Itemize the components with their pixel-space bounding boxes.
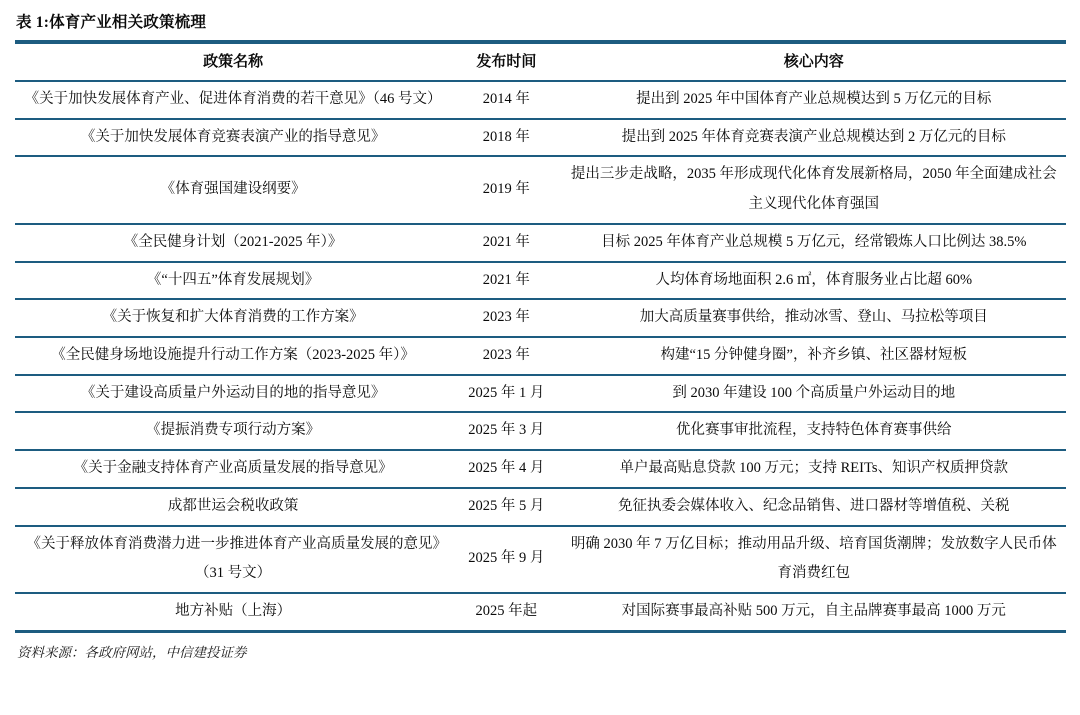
publish-date-cell: 2025 年 9 月 bbox=[451, 526, 561, 593]
table-row: 《关于释放体育消费潜力进一步推进体育产业高质量发展的意见》（31 号文）2025… bbox=[15, 526, 1066, 593]
policy-name-cell: 《全民健身场地设施提升行动工作方案（2023-2025 年）》 bbox=[15, 337, 451, 375]
table-body: 《关于加快发展体育产业、促进体育消费的若干意见》（46 号文）2014 年提出到… bbox=[15, 81, 1066, 631]
publish-date-cell: 2025 年 3 月 bbox=[451, 412, 561, 450]
policy-name-cell: 《关于恢复和扩大体育消费的工作方案》 bbox=[15, 299, 451, 337]
table-row: 《关于恢复和扩大体育消费的工作方案》2023 年加大高质量赛事供给，推动冰雪、登… bbox=[15, 299, 1066, 337]
publish-date-cell: 2021 年 bbox=[451, 262, 561, 300]
publish-date-cell: 2021 年 bbox=[451, 224, 561, 262]
publish-date-cell: 2014 年 bbox=[451, 81, 561, 119]
header-row: 政策名称 发布时间 核心内容 bbox=[15, 42, 1066, 81]
publish-date-cell: 2018 年 bbox=[451, 119, 561, 157]
col-header-publish-date: 发布时间 bbox=[451, 42, 561, 81]
table-row: 《关于加快发展体育竞赛表演产业的指导意见》2018 年提出到 2025 年体育竞… bbox=[15, 119, 1066, 157]
core-content-cell: 提出到 2025 年中国体育产业总规模达到 5 万亿元的目标 bbox=[562, 81, 1067, 119]
publish-date-cell: 2025 年 1 月 bbox=[451, 375, 561, 413]
core-content-cell: 免征执委会媒体收入、纪念品销售、进口器材等增值税、关税 bbox=[562, 488, 1067, 526]
core-content-cell: 加大高质量赛事供给，推动冰雪、登山、马拉松等项目 bbox=[562, 299, 1067, 337]
col-header-policy-name: 政策名称 bbox=[15, 42, 451, 81]
table-row: 《关于金融支持体育产业高质量发展的指导意见》2025 年 4 月单户最高贴息贷款… bbox=[15, 450, 1066, 488]
publish-date-cell: 2025 年 5 月 bbox=[451, 488, 561, 526]
table-row: 《全民健身计划（2021-2025 年）》2021 年目标 2025 年体育产业… bbox=[15, 224, 1066, 262]
core-content-cell: 优化赛事审批流程，支持特色体育赛事供给 bbox=[562, 412, 1067, 450]
publish-date-cell: 2023 年 bbox=[451, 299, 561, 337]
policy-name-cell: 《提振消费专项行动方案》 bbox=[15, 412, 451, 450]
table-row: 地方补贴（上海）2025 年起对国际赛事最高补贴 500 万元，自主品牌赛事最高… bbox=[15, 593, 1066, 631]
table-row: 成都世运会税收政策2025 年 5 月免征执委会媒体收入、纪念品销售、进口器材等… bbox=[15, 488, 1066, 526]
policy-table: 政策名称 发布时间 核心内容 《关于加快发展体育产业、促进体育消费的若干意见》（… bbox=[15, 40, 1066, 633]
policy-name-cell: 《关于加快发展体育产业、促进体育消费的若干意见》（46 号文） bbox=[15, 81, 451, 119]
core-content-cell: 提出三步走战略，2035 年形成现代化体育发展新格局，2050 年全面建成社会主… bbox=[562, 156, 1067, 223]
core-content-cell: 对国际赛事最高补贴 500 万元，自主品牌赛事最高 1000 万元 bbox=[562, 593, 1067, 631]
table-title: 表 1:体育产业相关政策梳理 bbox=[15, 8, 1066, 40]
policy-name-cell: 《关于建设高质量户外运动目的地的指导意见》 bbox=[15, 375, 451, 413]
report-page: 表 1:体育产业相关政策梳理 政策名称 发布时间 核心内容 《关于加快发展体育产… bbox=[0, 0, 1080, 715]
policy-name-cell: 《体育强国建设纲要》 bbox=[15, 156, 451, 223]
policy-name-cell: 《全民健身计划（2021-2025 年）》 bbox=[15, 224, 451, 262]
table-row: 《全民健身场地设施提升行动工作方案（2023-2025 年）》2023 年构建“… bbox=[15, 337, 1066, 375]
table-row: 《关于加快发展体育产业、促进体育消费的若干意见》（46 号文）2014 年提出到… bbox=[15, 81, 1066, 119]
table-header: 政策名称 发布时间 核心内容 bbox=[15, 42, 1066, 81]
publish-date-cell: 2023 年 bbox=[451, 337, 561, 375]
core-content-cell: 明确 2030 年 7 万亿目标；推动用品升级、培育国货潮牌；发放数字人民币体育… bbox=[562, 526, 1067, 593]
core-content-cell: 构建“15 分钟健身圈”，补齐乡镇、社区器材短板 bbox=[562, 337, 1067, 375]
policy-name-cell: 《“十四五”体育发展规划》 bbox=[15, 262, 451, 300]
core-content-cell: 到 2030 年建设 100 个高质量户外运动目的地 bbox=[562, 375, 1067, 413]
publish-date-cell: 2025 年起 bbox=[451, 593, 561, 631]
policy-name-cell: 地方补贴（上海） bbox=[15, 593, 451, 631]
publish-date-cell: 2019 年 bbox=[451, 156, 561, 223]
table-row: 《体育强国建设纲要》2019 年提出三步走战略，2035 年形成现代化体育发展新… bbox=[15, 156, 1066, 223]
policy-name-cell: 《关于释放体育消费潜力进一步推进体育产业高质量发展的意见》（31 号文） bbox=[15, 526, 451, 593]
core-content-cell: 提出到 2025 年体育竞赛表演产业总规模达到 2 万亿元的目标 bbox=[562, 119, 1067, 157]
policy-name-cell: 成都世运会税收政策 bbox=[15, 488, 451, 526]
source-note: 资料来源：各政府网站，中信建投证券 bbox=[15, 633, 1066, 661]
core-content-cell: 单户最高贴息贷款 100 万元；支持 REITs、知识产权质押贷款 bbox=[562, 450, 1067, 488]
col-header-core-content: 核心内容 bbox=[562, 42, 1067, 81]
core-content-cell: 目标 2025 年体育产业总规模 5 万亿元，经常锻炼人口比例达 38.5% bbox=[562, 224, 1067, 262]
policy-name-cell: 《关于金融支持体育产业高质量发展的指导意见》 bbox=[15, 450, 451, 488]
table-row: 《关于建设高质量户外运动目的地的指导意见》2025 年 1 月到 2030 年建… bbox=[15, 375, 1066, 413]
publish-date-cell: 2025 年 4 月 bbox=[451, 450, 561, 488]
table-row: 《提振消费专项行动方案》2025 年 3 月优化赛事审批流程，支持特色体育赛事供… bbox=[15, 412, 1066, 450]
table-row: 《“十四五”体育发展规划》2021 年人均体育场地面积 2.6 ㎡，体育服务业占… bbox=[15, 262, 1066, 300]
core-content-cell: 人均体育场地面积 2.6 ㎡，体育服务业占比超 60% bbox=[562, 262, 1067, 300]
policy-name-cell: 《关于加快发展体育竞赛表演产业的指导意见》 bbox=[15, 119, 451, 157]
